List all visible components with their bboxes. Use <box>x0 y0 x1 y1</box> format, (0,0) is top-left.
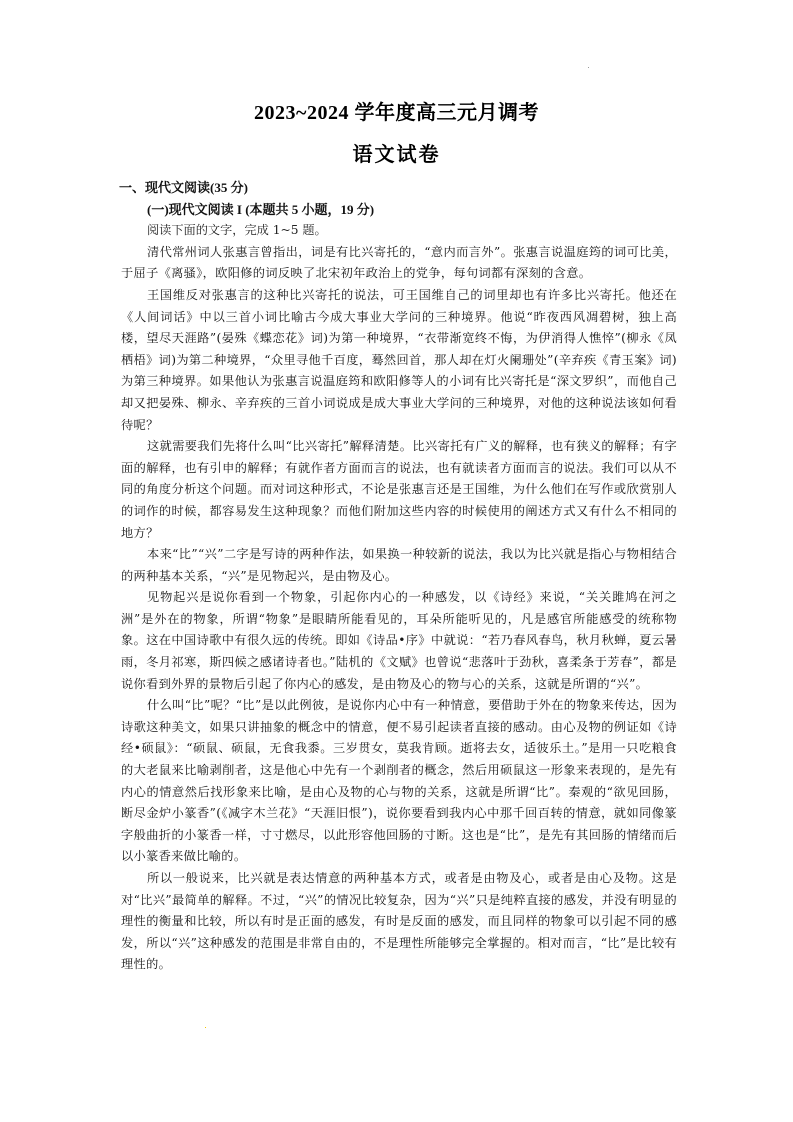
exam-title: 2023~2024 学年度高三元月调考 <box>0 98 793 128</box>
paragraph-7: 所以一般说来，比兴就是表达情意的两种基本方式，或者是由物及心，或者是由心及物。这… <box>121 868 677 976</box>
reading-section: 一、现代文阅读(35 分) (一)现代文阅读 I (本题共 5 小题，19 分)… <box>121 177 677 976</box>
scan-speck-top <box>588 67 589 68</box>
scan-speck-bottom <box>205 1027 206 1028</box>
paragraph-2: 王国维反对张惠言的这种比兴寄托的说法，可王国维自己的词里却也有许多比兴寄托。他还… <box>121 285 677 436</box>
paragraph-5: 见物起兴是说你看到一个物象，引起你内心的一种感发，以《诗经》来说，“关关雎鸠在河… <box>121 587 677 695</box>
paragraph-1: 清代常州词人张惠言曾指出，词是有比兴寄托的，“意内而言外”。张惠言说温庭筠的词可… <box>121 242 677 285</box>
exam-subtitle: 语文试卷 <box>0 140 793 170</box>
exam-page: 2023~2024 学年度高三元月调考 语文试卷 一、现代文阅读(35 分) (… <box>0 0 793 1122</box>
paragraph-6: 什么叫“比”呢？“比”是以此例彼，是说你内心中有一种情意，要借助于外在的物象来传… <box>121 695 677 868</box>
paragraph-3: 这就需要我们先将什么叫“比兴寄托”解释清楚。比兴寄托有广义的解释，也有狭义的解释… <box>121 436 677 544</box>
section-heading: 一、现代文阅读(35 分) <box>119 177 677 199</box>
reading-instruction: 阅读下面的文字，完成 1~5 题。 <box>121 220 677 242</box>
subsection-heading: (一)现代文阅读 I (本题共 5 小题，19 分) <box>121 199 677 221</box>
paragraph-4: 本来“比”“兴”二字是写诗的两种作法，如果换一种较新的说法，我以为比兴就是指心与… <box>121 544 677 587</box>
